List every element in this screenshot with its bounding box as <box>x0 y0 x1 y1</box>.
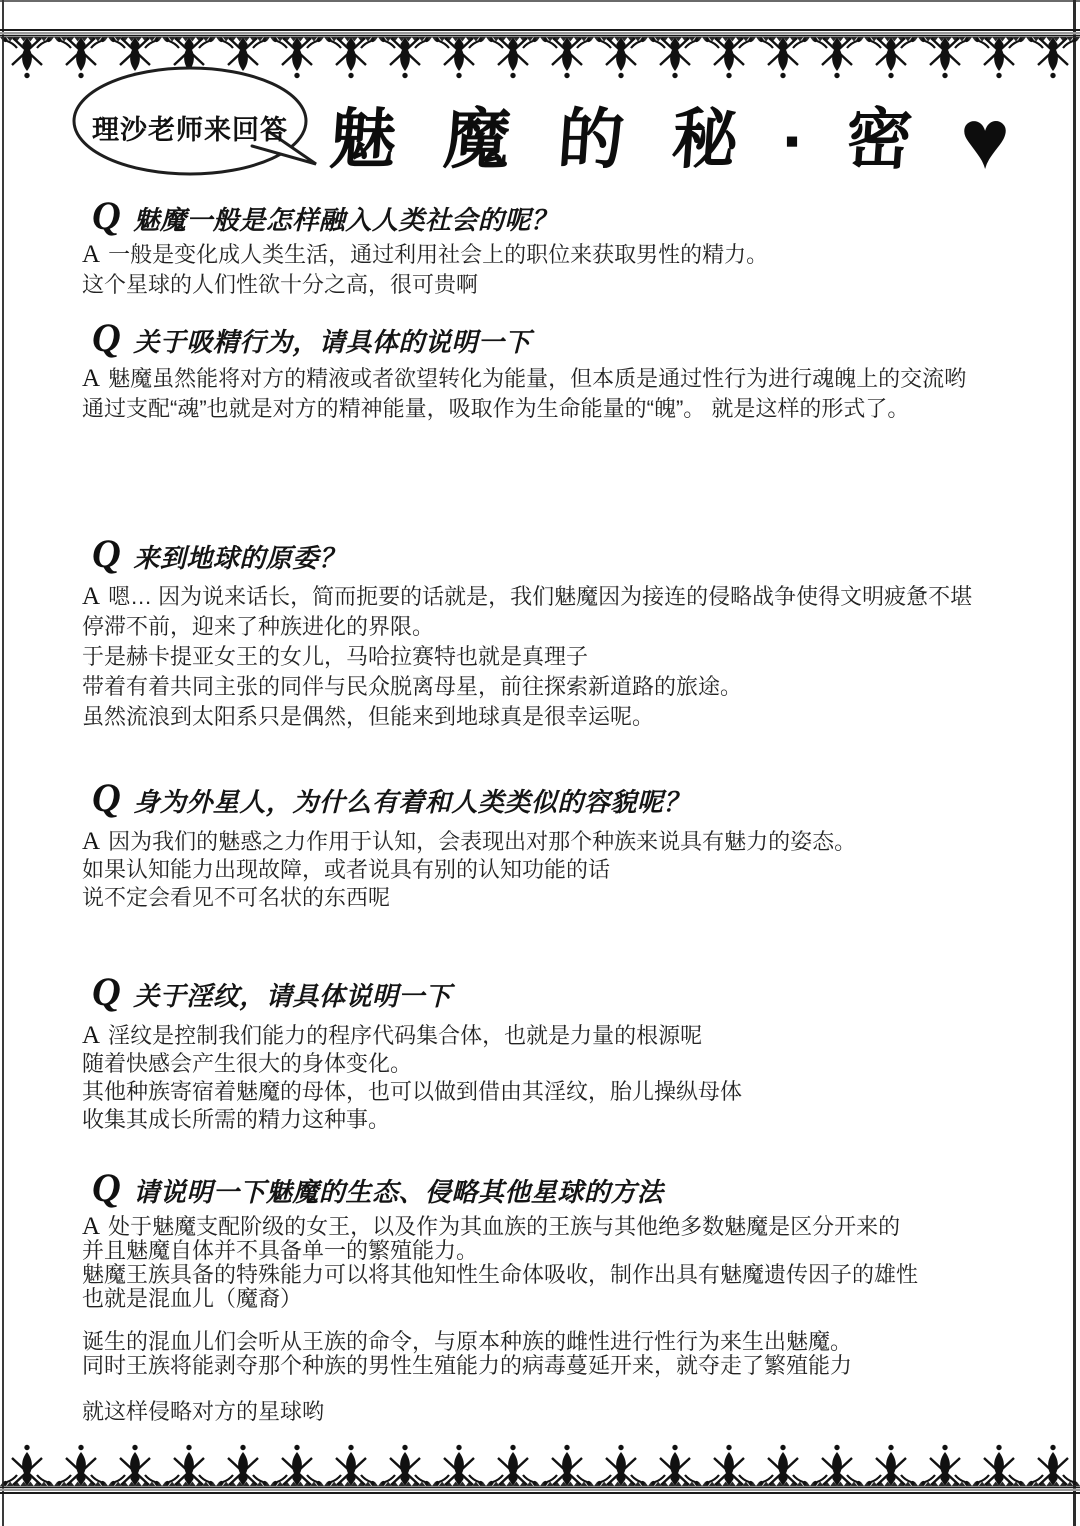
answer-line: 带着有着共同主张的同伴与民众脱离母星，前往探索新道路的旅途。 <box>82 672 1042 702</box>
title-char: 魔 <box>442 108 513 174</box>
lace-border-bottom-icon <box>0 1438 1080 1494</box>
a-marker: A <box>82 583 100 610</box>
q-marker: Q <box>92 972 121 1012</box>
answer-line: 就这样侵略对方的星球哟 <box>82 1400 1042 1424</box>
page-top-edge-line <box>0 0 1080 2</box>
answer-text: 淫纹是控制我们能力的程序代码集合体，也就是力量的根源呢 <box>108 1023 702 1048</box>
answer-line: 停滞不前，迎来了种族进化的界限。 <box>82 612 1042 642</box>
answer-text: 魅魔虽然能将对方的精液或者欲望转化为能量，但本质是通过性行为进行魂魄上的交流哟 <box>108 366 966 391</box>
answer-text: 处于魅魔支配阶级的女王，以及作为其血族的王族与其他绝多数魅魔是区分开来的 <box>108 1214 900 1239</box>
answer-line: 如果认知能力出现故障，或者说具有别的认知功能的话 <box>82 856 1042 884</box>
q-marker: Q <box>92 1168 121 1208</box>
answer-6-part-2: 诞生的混血儿们会听从王族的命令，与原本种族的雌性进行性行为来生出魅魔。 同时王族… <box>82 1330 1042 1378</box>
title-char: 秘 <box>669 108 740 174</box>
title-char: 魅 <box>328 108 399 174</box>
document-page: 理沙老师来回答 魅 魔 的 秘 ■ 密 ♥ Q 魅魔一般是怎样融入人类社会的呢？… <box>0 0 1080 1526</box>
question-4: Q 身为外星人，为什么有着和人类类似的容貌呢？ <box>92 778 690 819</box>
a-marker: A <box>82 365 100 392</box>
title-char: 的 <box>556 108 627 174</box>
answer-line: 诞生的混血儿们会听从王族的命令，与原本种族的雌性进行性行为来生出魅魔。 <box>82 1330 1042 1354</box>
question-text: 身为外星人，为什么有着和人类类似的容貌呢？ <box>133 782 690 819</box>
answer-line: 其他种族寄宿着魅魔的母体，也可以做到借由其淫纹，胎儿操纵母体 <box>82 1078 1042 1106</box>
answer-2: A魅魔虽然能将对方的精液或者欲望转化为能量，但本质是通过性行为进行魂魄上的交流哟… <box>82 364 1042 424</box>
a-marker: A <box>82 1213 100 1240</box>
question-text: 请说明一下魅魔的生态、侵略其他星球的方法 <box>133 1172 663 1209</box>
q-marker: Q <box>92 534 121 574</box>
answer-line: A因为我们的魅惑之力作用于认知，会表现出对那个种族来说具有魅力的姿态。 <box>82 828 1042 856</box>
question-2: Q 关于吸精行为，请具体的说明一下 <box>92 318 531 359</box>
answer-line: 魅魔王族具备的特殊能力可以将其他知性生命体吸收，制作出具有魅魔遗传因子的雄性 <box>82 1263 1042 1287</box>
title-char: 密 <box>844 108 915 174</box>
answer-line: 于是赫卡提亚女王的女儿，马哈拉赛特也就是真理子 <box>82 642 1042 672</box>
answer-line: 收集其成长所需的精力这种事。 <box>82 1106 1042 1134</box>
question-6: Q 请说明一下魅魔的生态、侵略其他星球的方法 <box>92 1168 663 1209</box>
answer-text: 因为我们的魅惑之力作用于认知，会表现出对那个种族来说具有魅力的姿态。 <box>108 829 856 854</box>
answer-1: A一般是变化成人类生活，通过利用社会上的职位来获取男性的精力。 这个星球的人们性… <box>82 240 1042 300</box>
answer-line: 说不定会看见不可名状的东西呢 <box>82 884 1042 912</box>
answer-6-part-1: A处于魅魔支配阶级的女王，以及作为其血族的王族与其他绝多数魅魔是区分开来的 并且… <box>82 1215 1042 1311</box>
answer-line: 虽然流浪到太阳系只是偶然，但能来到地球真是很幸运呢。 <box>82 702 1042 732</box>
page-left-border-line <box>2 0 4 1526</box>
question-3: Q 来到地球的原委？ <box>92 534 345 575</box>
answer-line: 也就是混血儿（魔裔） <box>82 1287 1042 1311</box>
answer-line: A处于魅魔支配阶级的女王，以及作为其血族的王族与其他绝多数魅魔是区分开来的 <box>82 1215 1042 1239</box>
question-1: Q 魅魔一般是怎样融入人类社会的呢？ <box>92 196 557 237</box>
answer-line: A嗯… 因为说来话长，简而扼要的话就是，我们魅魔因为接连的侵略战争使得文明疲惫不… <box>82 582 1042 612</box>
answer-line: 并且魅魔自体并不具备单一的繁殖能力。 <box>82 1239 1042 1263</box>
answer-3: A嗯… 因为说来话长，简而扼要的话就是，我们魅魔因为接连的侵略战争使得文明疲惫不… <box>82 582 1042 732</box>
answer-5: A淫纹是控制我们能力的程序代码集合体，也就是力量的根源呢 随着快感会产生很大的身… <box>82 1022 1042 1134</box>
question-text: 关于淫纹，请具体说明一下 <box>133 976 451 1013</box>
bubble-label: 理沙老师来回答 <box>73 108 307 147</box>
answer-6-part-3: 就这样侵略对方的星球哟 <box>82 1400 1042 1424</box>
question-5: Q 关于淫纹，请具体说明一下 <box>92 972 451 1013</box>
answer-line: 这个星球的人们性欲十分之高，很可贵啊 <box>82 270 1042 300</box>
answer-text: 一般是变化成人类生活，通过利用社会上的职位来获取男性的精力。 <box>108 242 768 267</box>
q-marker: Q <box>92 196 121 236</box>
a-marker: A <box>82 1022 100 1049</box>
answer-line: 同时王族将能剥夺那个种族的男性生殖能力的病毒蔓延开来，就夺走了繁殖能力 <box>82 1354 1042 1378</box>
q-marker: Q <box>92 318 121 358</box>
answer-line: A淫纹是控制我们能力的程序代码集合体，也就是力量的根源呢 <box>82 1022 1042 1050</box>
page-right-border-line <box>1073 0 1076 1526</box>
answer-text: 嗯… 因为说来话长，简而扼要的话就是，我们魅魔因为接连的侵略战争使得文明疲惫不堪 <box>108 584 972 609</box>
question-text: 魅魔一般是怎样融入人类社会的呢？ <box>133 200 557 237</box>
a-marker: A <box>82 828 100 855</box>
answer-line: 随着快感会产生很大的身体变化。 <box>82 1050 1042 1078</box>
question-text: 来到地球的原委？ <box>133 538 345 575</box>
answer-4: A因为我们的魅惑之力作用于认知，会表现出对那个种族来说具有魅力的姿态。 如果认知… <box>82 828 1042 912</box>
answer-line: 通过支配“魂”也就是对方的精神能量，吸取作为生命能量的“魄”。 就是这样的形式了… <box>82 394 1042 424</box>
title-dot-icon: ■ <box>786 131 799 152</box>
question-text: 关于吸精行为，请具体的说明一下 <box>133 322 531 359</box>
answer-line: A魅魔虽然能将对方的精液或者欲望转化为能量，但本质是通过性行为进行魂魄上的交流哟 <box>82 364 1042 394</box>
q-marker: Q <box>92 778 121 818</box>
a-marker: A <box>82 241 100 268</box>
answer-line: A一般是变化成人类生活，通过利用社会上的职位来获取男性的精力。 <box>82 240 1042 270</box>
heart-icon: ♥ <box>960 99 1010 183</box>
page-title: 魅 魔 的 秘 ■ 密 ♥ <box>330 88 1010 194</box>
